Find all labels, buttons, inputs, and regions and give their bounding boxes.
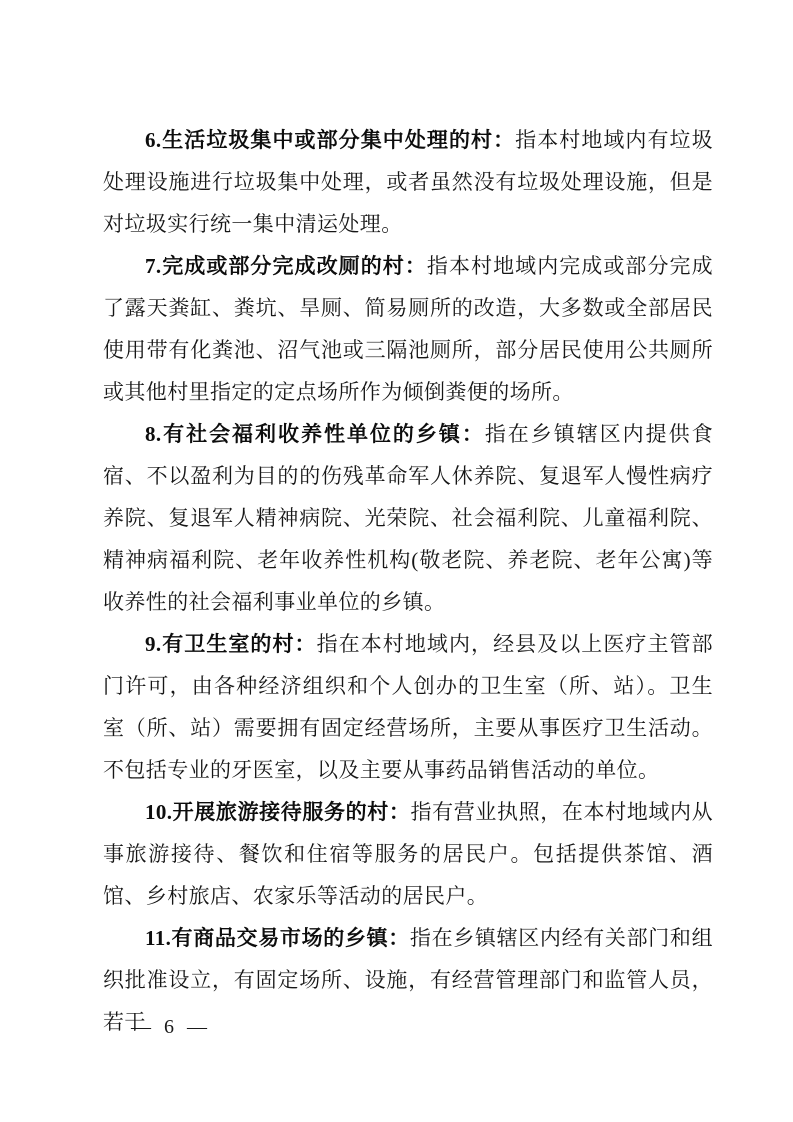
definition-paragraph-9: 9.有卫生室的村：指在本村地域内，经县及以上医疗主管部门许可，由各种经济组织和个…	[103, 623, 713, 791]
term-label-10: 10.开展旅游接待服务的村：	[145, 800, 411, 824]
definition-paragraph-10: 10.开展旅游接待服务的村：指有营业执照，在本村地域内从事旅游接待、餐饮和住宿等…	[103, 791, 713, 917]
document-body: 6.生活垃圾集中或部分集中处理的村：指本村地域内有垃圾处理设施进行垃圾集中处理，…	[103, 119, 713, 1043]
document-page: 6.生活垃圾集中或部分集中处理的村：指本村地域内有垃圾处理设施进行垃圾集中处理，…	[0, 0, 793, 1122]
term-label-9: 9.有卫生室的村：	[145, 632, 317, 656]
definition-paragraph-7: 7.完成或部分完成改厕的村：指本村地域内完成或部分完成了露天粪缸、粪坑、旱厕、简…	[103, 245, 713, 413]
term-label-8: 8.有社会福利收养性单位的乡镇：	[145, 422, 485, 446]
definition-paragraph-8: 8.有社会福利收养性单位的乡镇：指在乡镇辖区内提供食宿、不以盈利为目的的伤残革命…	[103, 413, 713, 623]
definition-text-8: 指在乡镇辖区内提供食宿、不以盈利为目的的伤残革命军人休养院、复退军人慢性病疗养院…	[103, 422, 713, 614]
term-label-6: 6.生活垃圾集中或部分集中处理的村：	[145, 128, 515, 152]
term-label-11: 11.有商品交易市场的乡镇：	[145, 926, 410, 950]
term-label-7: 7.完成或部分完成改厕的村：	[145, 254, 427, 278]
page-number: — 6 —	[131, 1012, 211, 1042]
definition-paragraph-6: 6.生活垃圾集中或部分集中处理的村：指本村地域内有垃圾处理设施进行垃圾集中处理，…	[103, 119, 713, 245]
